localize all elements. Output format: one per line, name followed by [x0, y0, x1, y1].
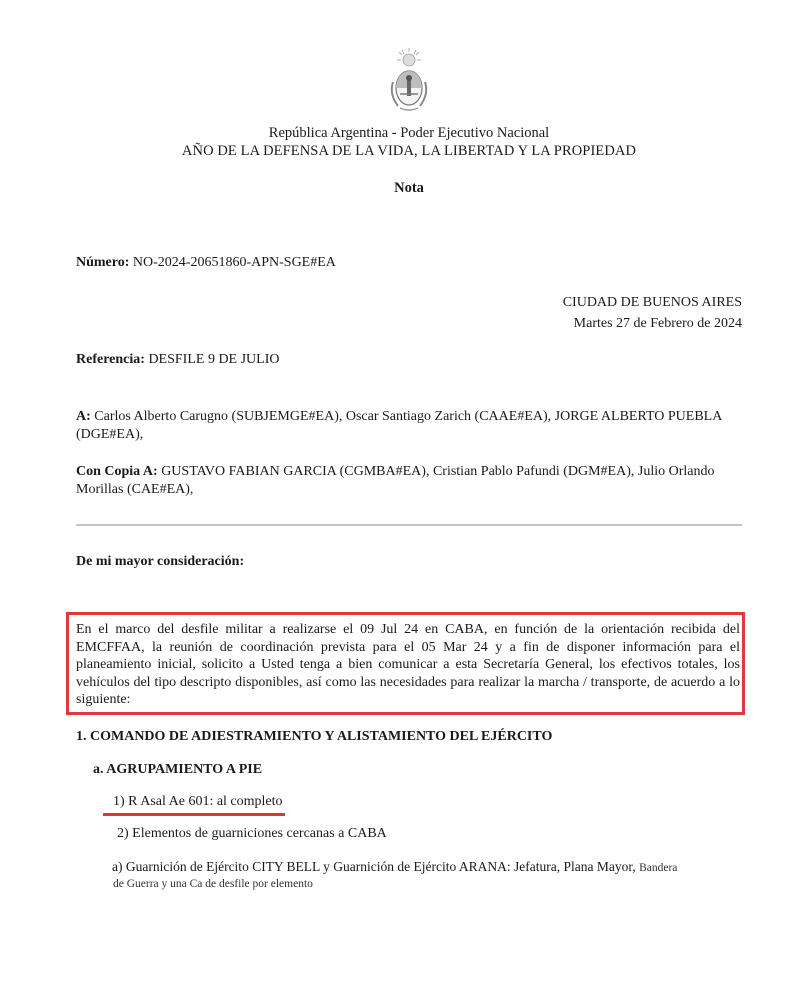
- document-type-title: Nota: [0, 180, 790, 197]
- greeting: De mi mayor consideración:: [76, 554, 244, 570]
- recipients-label: A:: [76, 409, 91, 424]
- item-2a-text: a) Guarnición de Ejército CITY BELL y Gu…: [112, 859, 636, 874]
- date: Martes 27 de Febrero de 2024: [574, 316, 742, 332]
- list-item-2: 2) Elementos de guarniciones cercanas a …: [117, 826, 387, 842]
- city: CIUDAD DE BUENOS AIRES: [563, 295, 742, 311]
- carbon-copy: Con Copia A: GUSTAVO FABIAN GARCIA (CGMB…: [76, 463, 740, 498]
- year-motto: AÑO DE LA DEFENSA DE LA VIDA, LA LIBERTA…: [0, 143, 790, 160]
- list-item-2a: a) Guarnición de Ejército CITY BELL y Gu…: [112, 858, 752, 878]
- section-heading-1: 1. COMANDO DE ADIESTRAMIENTO Y ALISTAMIE…: [76, 729, 552, 745]
- document-number: Número: NO-2024-20651860-APN-SGE#EA: [76, 255, 336, 271]
- cc-label: Con Copia A:: [76, 464, 158, 479]
- list-item-1: 1) R Asal Ae 601: al completo: [113, 794, 283, 810]
- cc-value: GUSTAVO FABIAN GARCIA (CGMBA#EA), Cristi…: [76, 464, 715, 497]
- reference-label: Referencia:: [76, 352, 145, 367]
- number-label: Número:: [76, 255, 129, 270]
- section-heading-1a: a. AGRUPAMIENTO A PIE: [93, 762, 262, 778]
- item-2a-small: Bandera: [639, 862, 677, 874]
- red-underline: [103, 813, 285, 816]
- recipients-value: Carlos Alberto Carugno (SUBJEMGE#EA), Os…: [76, 409, 722, 442]
- reference-value: DESFILE 9 DE JULIO: [148, 352, 279, 367]
- recipients: A: Carlos Alberto Carugno (SUBJEMGE#EA),…: [76, 408, 740, 443]
- divider: [76, 524, 742, 526]
- argentina-coat-of-arms-icon: [386, 46, 432, 116]
- main-paragraph: En el marco del desfile militar a realiz…: [76, 621, 740, 709]
- number-value: NO-2024-20651860-APN-SGE#EA: [133, 255, 336, 270]
- list-item-2a-continued: de Guerra y una Ca de desfile por elemen…: [113, 878, 313, 890]
- government-header: República Argentina - Poder Ejecutivo Na…: [0, 125, 790, 142]
- reference: Referencia: DESFILE 9 DE JULIO: [76, 352, 279, 368]
